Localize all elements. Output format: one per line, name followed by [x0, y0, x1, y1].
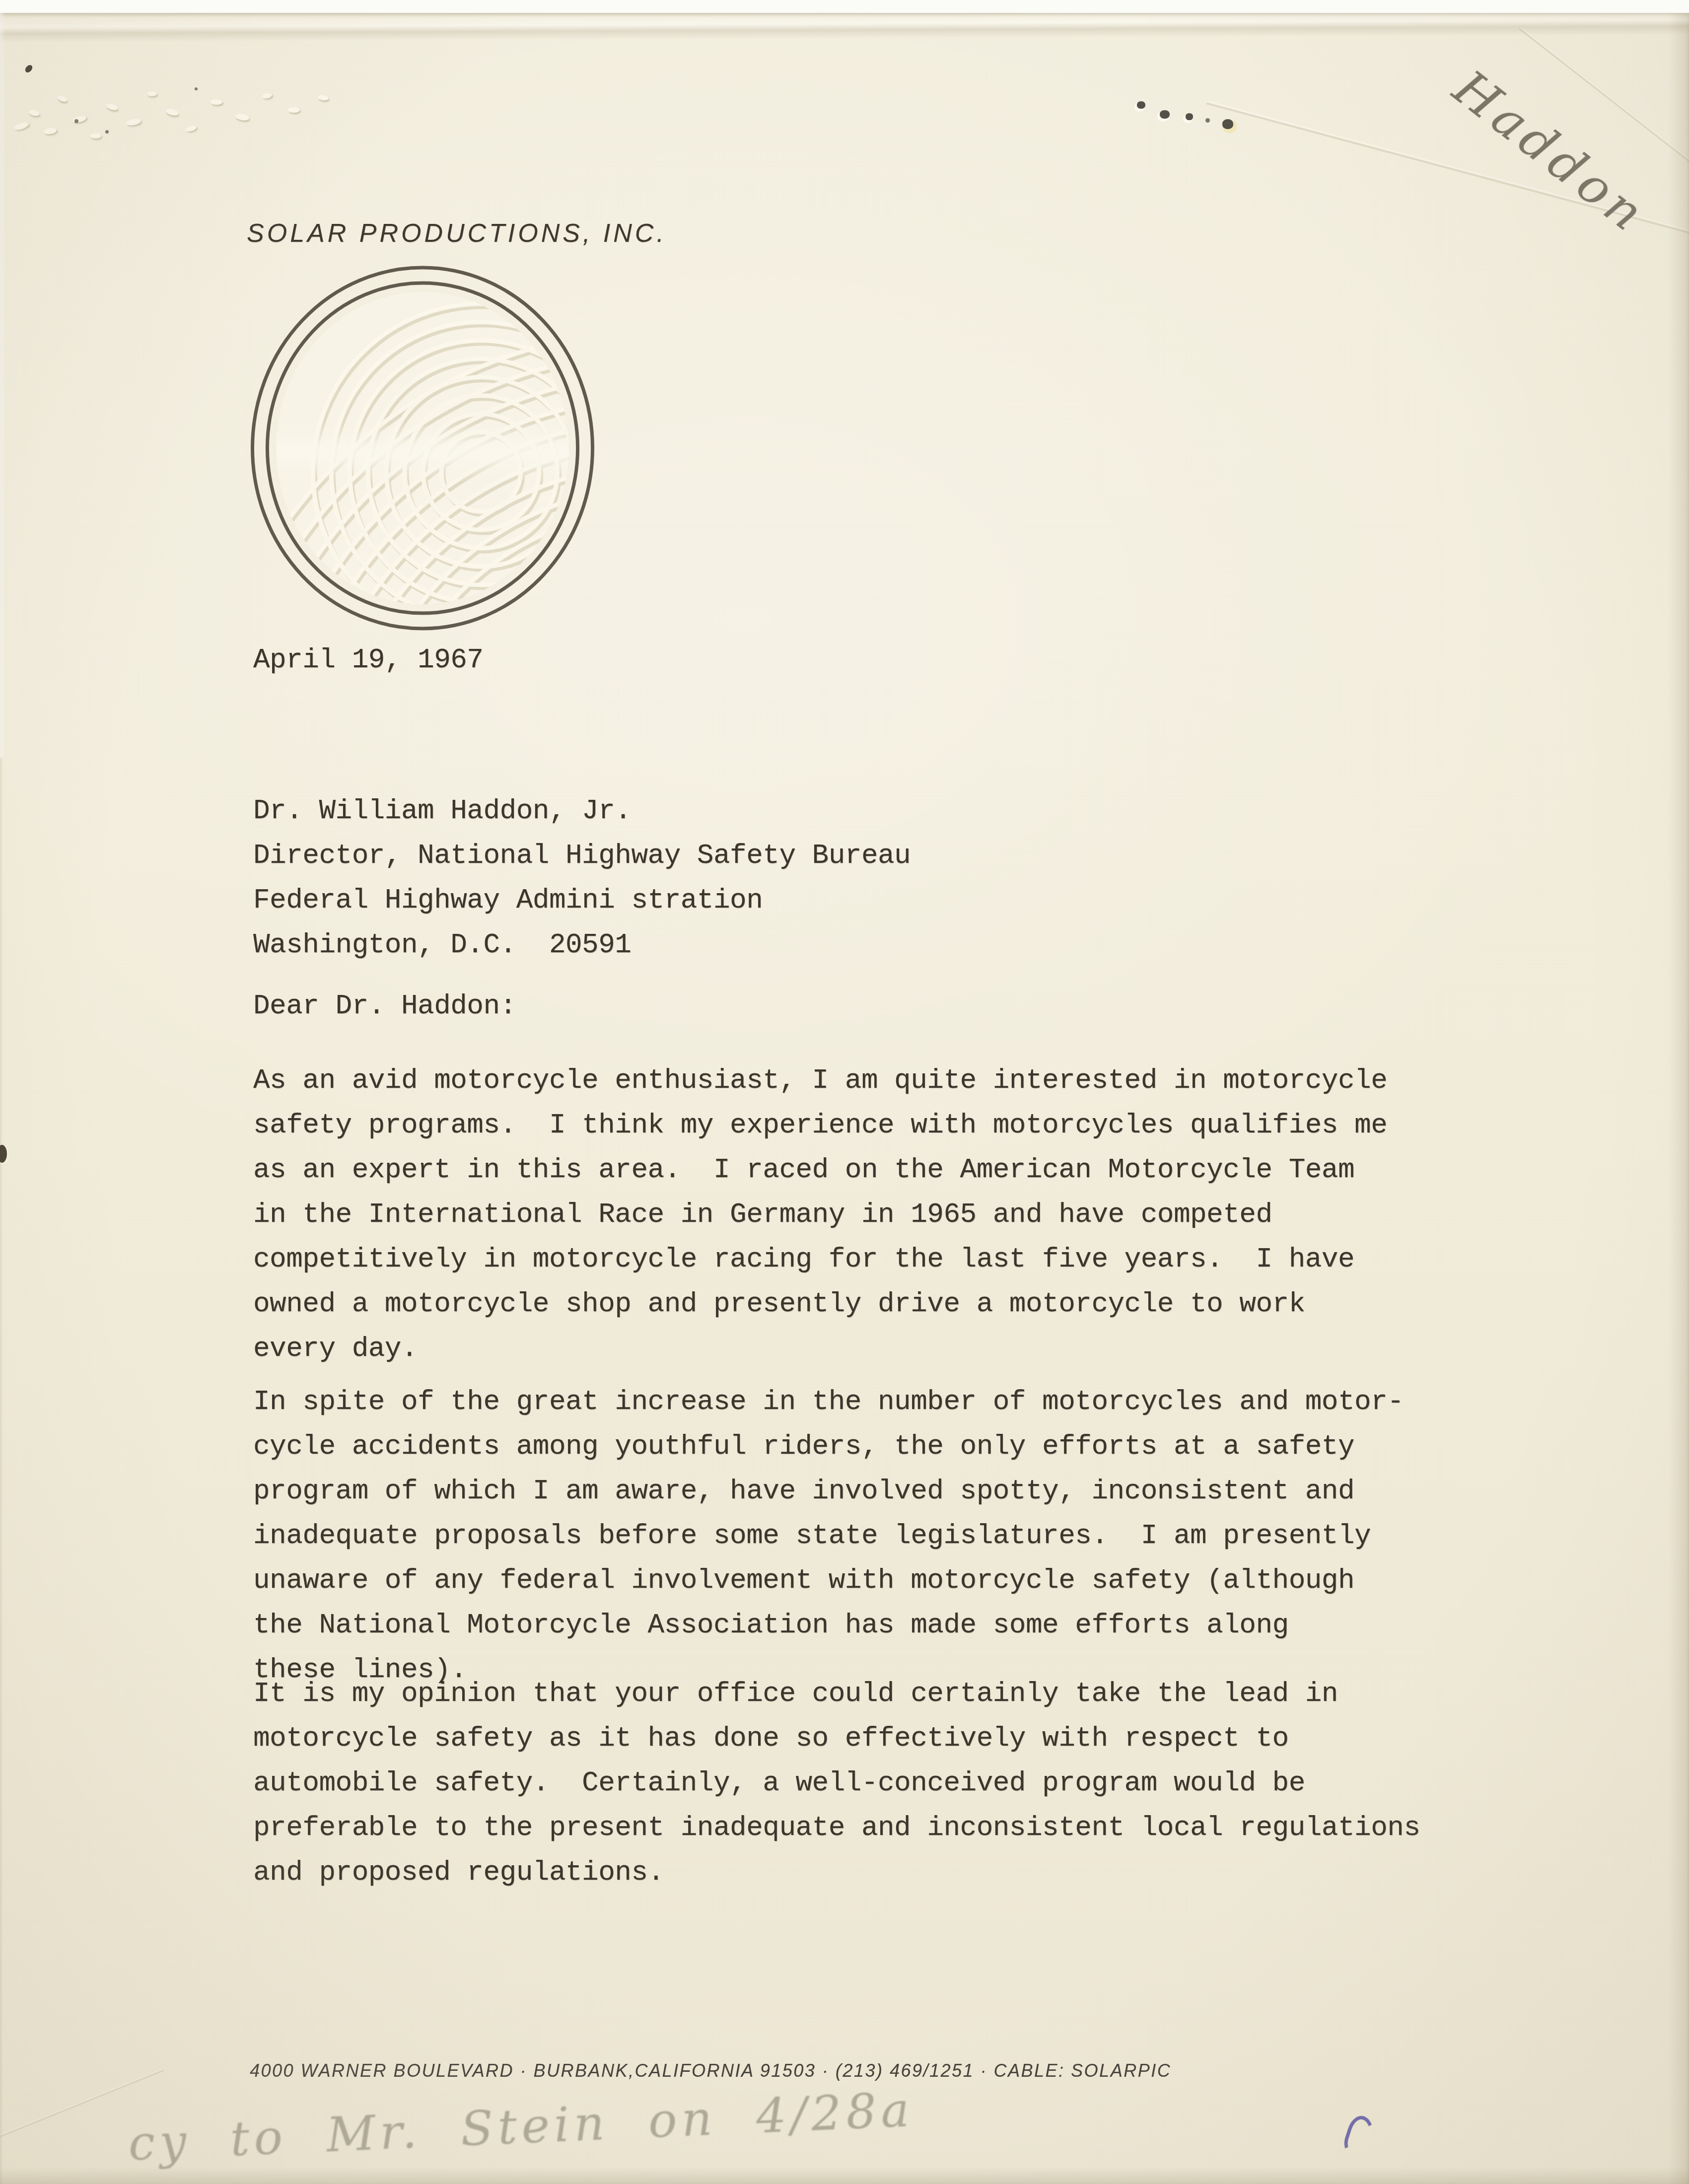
- scanned-letter-page: { "letterhead": { "company_name": "SOLAR…: [0, 0, 1689, 2184]
- horizontal-fold-crease: [0, 9, 1689, 43]
- right-edge-shadow: [1668, 13, 1689, 2184]
- date-line: April 19, 1967: [253, 637, 483, 682]
- handwritten-name-haddon: Haddon: [1443, 59, 1658, 245]
- company-name: SOLAR PRODUCTIONS, INC.: [247, 218, 667, 248]
- body-paragraph-3: It is my opinion that your office could …: [253, 1671, 1420, 1895]
- handwritten-routing-note: cy to Mr. Stein on 4/28a: [127, 2082, 915, 2172]
- left-scan-edge-highlight: [0, 13, 5, 758]
- body-paragraph-1: As an avid motorcycle enthusiast, I am q…: [253, 1058, 1387, 1371]
- corner-ink-fleck: [24, 64, 34, 74]
- recipient-address: Dr. William Haddon, Jr. Director, Nation…: [253, 788, 911, 967]
- blue-ink-mark: [1341, 2113, 1379, 2159]
- embossed-seal-logo: [248, 264, 597, 633]
- left-edge-spot: [0, 1145, 7, 1163]
- body-paragraph-2: In spite of the great increase in the nu…: [253, 1379, 1404, 1692]
- bottom-edge-shadow: [0, 2167, 1689, 2184]
- salutation: Dear Dr. Haddon:: [253, 984, 516, 1028]
- letter-paper: SOLAR PRODUCTIONS, INC.: [0, 13, 1689, 2184]
- footer-address-line: 4000 WARNER BOULEVARD · BURBANK,CALIFORN…: [250, 2060, 1171, 2081]
